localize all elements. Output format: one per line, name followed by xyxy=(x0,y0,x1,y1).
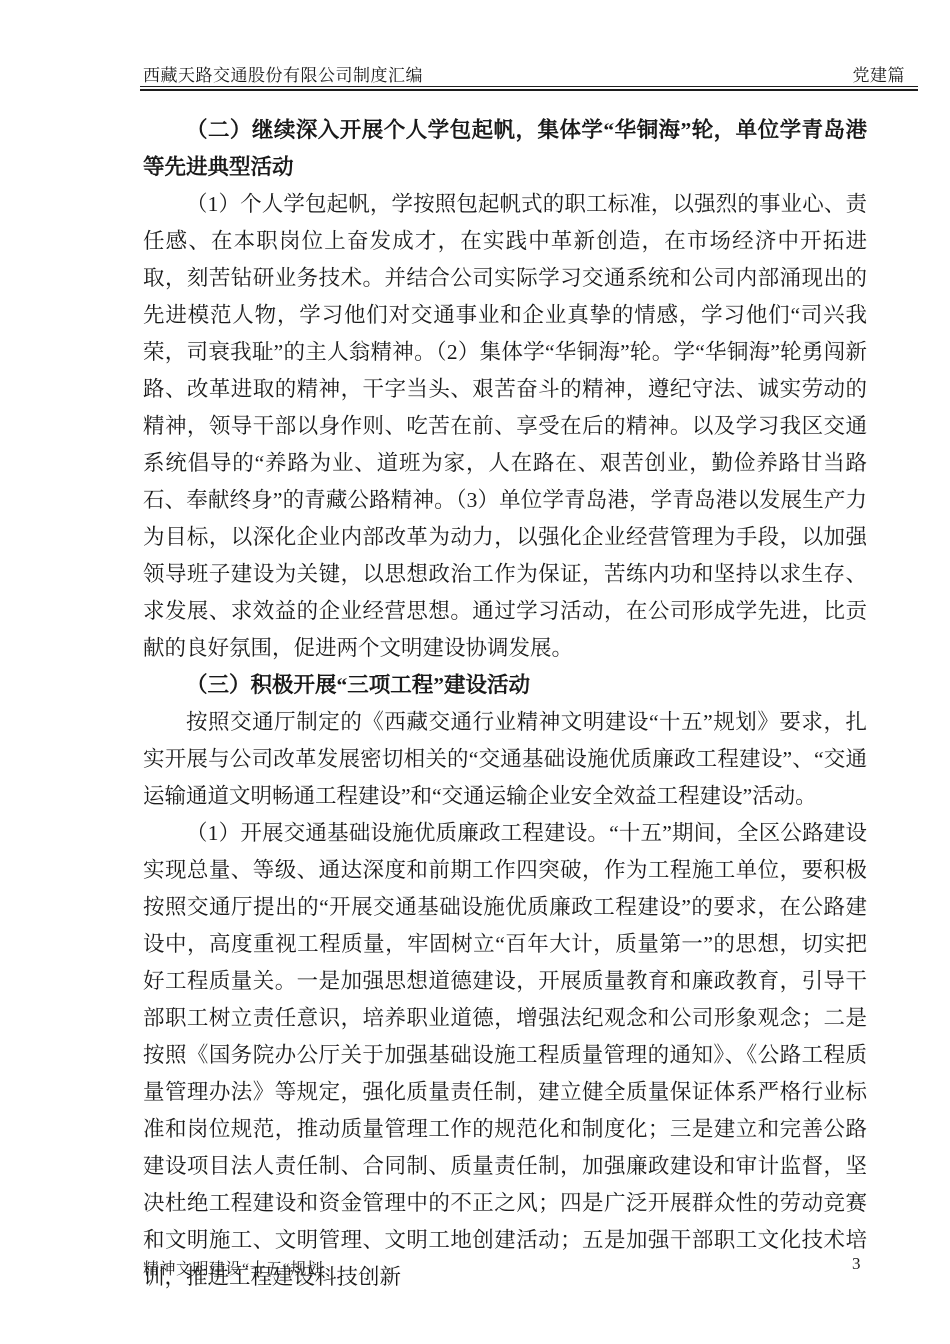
footer-document-title: 精神文明建设“十五“规划 xyxy=(143,1256,323,1279)
section-3-paragraph-1: 按照交通厅制定的《西藏交通行业精神文明建设“十五”规划》要求，扎实开展与公司改革… xyxy=(143,704,867,815)
footer-page-number: 3 xyxy=(852,1254,861,1274)
header-section-label: 党建篇 xyxy=(853,61,906,86)
document-page: 西藏天路交通股份有限公司制度汇编 党建篇 （二）继续深入开展个人学包起帆，集体学… xyxy=(0,0,950,1344)
section-3-heading: （三）积极开展“三项工程”建设活动 xyxy=(143,667,867,704)
header-rule-divider xyxy=(140,86,918,91)
document-body: （二）继续深入开展个人学包起帆，集体学“华铜海”轮，单位学青岛港等先进典型活动 … xyxy=(143,112,867,1296)
section-2-paragraph: （1）个人学包起帆，学按照包起帆式的职工标准，以强烈的事业心、责任感、在本职岗位… xyxy=(143,186,867,667)
section-2-heading: （二）继续深入开展个人学包起帆，集体学“华铜海”轮，单位学青岛港等先进典型活动 xyxy=(143,112,867,186)
section-3-paragraph-2: （1）开展交通基础设施优质廉政工程建设。“十五”期间，全区公路建设实现总量、等级… xyxy=(143,815,867,1296)
header-company-title: 西藏天路交通股份有限公司制度汇编 xyxy=(143,61,423,86)
